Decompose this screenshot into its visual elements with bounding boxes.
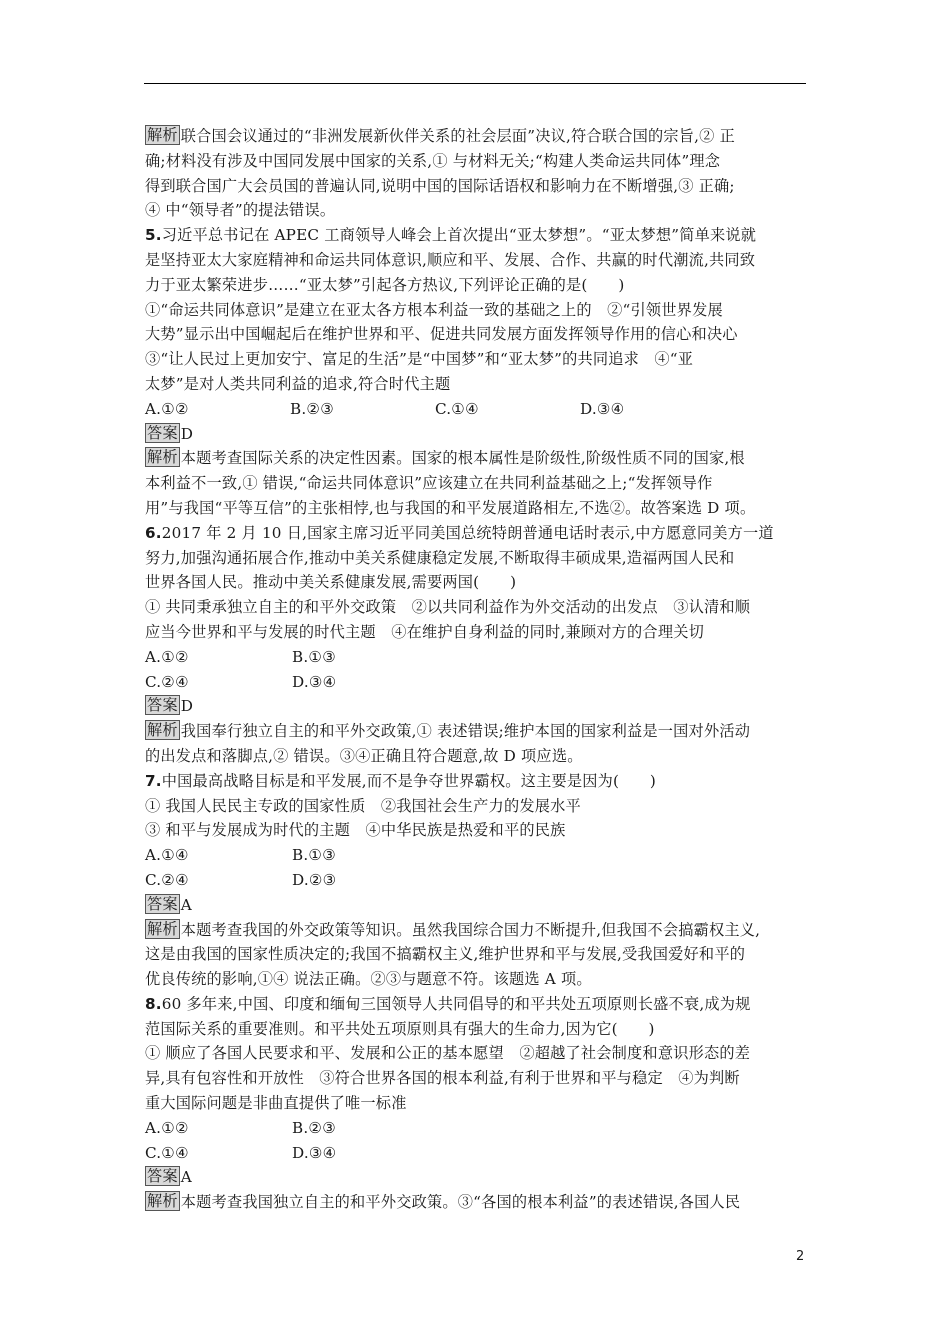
question-stem: 中国最高战略目标是和平发展,而不是争夺世界霸权。这主要是因为( ) (162, 772, 656, 790)
question-stem: 60 多年来,中国、印度和缅甸三国领导人共同倡导的和平共处五项原则长盛不衰,成为… (162, 995, 751, 1013)
analysis-text: 的出发点和落脚点,② 错误。③④正确且符合题意,故 D 项应选。 (145, 744, 807, 769)
answer-value: A (181, 896, 192, 914)
option-c: C.①④ (145, 1141, 292, 1166)
question-7: 7.中国最高战略目标是和平发展,而不是争夺世界霸权。这主要是因为( ) ① 我国… (145, 769, 807, 992)
analysis-text: 用”与我国“平等互信”的主张相悖,也与我国的和平发展道路相左,不选②。故答案选 … (145, 496, 807, 521)
answer-label: 答案 (145, 1166, 180, 1186)
question-5: 5.习近平总书记在 APEC 工商领导人峰会上首次提出“亚太梦想”。“亚太梦想”… (145, 223, 807, 521)
analysis-text: 本题考查我国独立自主的和平外交政策。③“各国的根本利益”的表述错误,各国人民 (181, 1193, 741, 1211)
option-b: B.①③ (292, 843, 439, 868)
question-number: 5. (145, 226, 162, 244)
analysis-label: 解析 (145, 720, 180, 740)
options-row: A.①④ B.①③ (145, 843, 807, 868)
question-statement: ③“让人民过上更加安宁、富足的生活”是“中国梦”和“亚太梦”的共同追求 ④“亚 (145, 347, 807, 372)
option-b: B.②③ (292, 1116, 439, 1141)
analysis-text: 联合国会议通过的“非洲发展新伙伴关系的社会层面”决议,符合联合国的宗旨,② 正 (181, 127, 735, 145)
header-rule (144, 83, 806, 84)
page-content: 解析联合国会议通过的“非洲发展新伙伴关系的社会层面”决议,符合联合国的宗旨,② … (145, 124, 807, 1215)
option-d: D.③④ (292, 670, 439, 695)
answer-label: 答案 (145, 894, 180, 914)
question-statement: 大势”显示出中国崛起后在维护世界和平、促进共同发展方面发挥领导作用的信心和决心 (145, 322, 807, 347)
question-number: 6. (145, 524, 162, 542)
analysis-label: 解析 (145, 1191, 180, 1211)
options-row: A.①② B.①③ (145, 645, 807, 670)
options-row: C.②④ D.②③ (145, 868, 807, 893)
question-statement: ① 顺应了各国人民要求和平、发展和公正的基本愿望 ②超越了社会制度和意识形态的差 (145, 1041, 807, 1066)
options-row: C.①④ D.③④ (145, 1141, 807, 1166)
analysis-label: 解析 (145, 125, 180, 145)
answer-label: 答案 (145, 423, 180, 443)
question-statement: ① 共同秉承独立自主的和平外交政策 ②以共同利益作为外交活动的出发点 ③认清和顺 (145, 595, 807, 620)
option-b: B.②③ (290, 397, 435, 422)
option-a: A.①② (145, 397, 290, 422)
option-d: D.②③ (292, 868, 439, 893)
analysis-text: 本利益不一致,① 错误,“命运共同体意识”应该建立在共同利益基础之上;“发挥领导… (145, 471, 807, 496)
question-statement: 异,具有包容性和开放性 ③符合世界各国的根本利益,有利于世界和平与稳定 ④为判断 (145, 1066, 807, 1091)
question-number: 7. (145, 772, 162, 790)
question-6: 6.2017 年 2 月 10 日,国家主席习近平同美国总统特朗普通电话时表示,… (145, 521, 807, 769)
analysis-text: 本题考查国际关系的决定性因素。国家的根本属性是阶级性,阶级性质不同的国家,根 (181, 449, 745, 467)
option-d: D.③④ (292, 1141, 439, 1166)
analysis-text: 优良传统的影响,①④ 说法正确。②③与题意不符。该题选 A 项。 (145, 967, 807, 992)
question-8: 8.60 多年来,中国、印度和缅甸三国领导人共同倡导的和平共处五项原则长盛不衰,… (145, 992, 807, 1215)
question-stem: 范国际关系的重要准则。和平共处五项原则具有强大的生命力,因为它( ) (145, 1017, 807, 1042)
answer-value: D (181, 425, 193, 443)
question-statement: 重大国际问题是非曲直提供了唯一标准 (145, 1091, 807, 1116)
option-c: C.②④ (145, 670, 292, 695)
analysis-text: 本题考查我国的外交政策等知识。虽然我国综合国力不断提升,但我国不会搞霸权主义, (181, 921, 760, 939)
option-a: A.①② (145, 1116, 292, 1141)
analysis-label: 解析 (145, 447, 180, 467)
page-number: 2 (796, 1249, 804, 1264)
answer-value: D (181, 697, 193, 715)
options-row: A.①② B.②③ (145, 1116, 807, 1141)
question-stem: 习近平总书记在 APEC 工商领导人峰会上首次提出“亚太梦想”。“亚太梦想”简单… (162, 226, 756, 244)
option-a: A.①② (145, 645, 292, 670)
question-statement: 太梦”是对人类共同利益的追求,符合时代主题 (145, 372, 807, 397)
question-statement: 应当今世界和平与发展的时代主题 ④在维护自身利益的同时,兼顾对方的合理关切 (145, 620, 807, 645)
question-statement: ③ 和平与发展成为时代的主题 ④中华民族是热爱和平的民族 (145, 818, 807, 843)
answer-value: A (181, 1168, 192, 1186)
question-statement: ①“命运共同体意识”是建立在亚太各方根本利益一致的基础之上的 ②“引领世界发展 (145, 298, 807, 323)
option-a: A.①④ (145, 843, 292, 868)
analysis-text: ④ 中“领导者”的提法错误。 (145, 198, 807, 223)
question-stem: 2017 年 2 月 10 日,国家主席习近平同美国总统特朗普通电话时表示,中方… (162, 524, 774, 542)
option-c: C.①④ (435, 397, 580, 422)
analysis-text: 这是由我国的国家性质决定的;我国不搞霸权主义,维护世界和平与发展,受我国爱好和平… (145, 942, 807, 967)
question-stem: 世界各国人民。推动中美关系健康发展,需要两国( ) (145, 570, 807, 595)
option-d: D.③④ (580, 397, 725, 422)
option-b: B.①③ (292, 645, 439, 670)
question-number: 8. (145, 995, 162, 1013)
analysis-label: 解析 (145, 919, 180, 939)
question-statement: ① 我国人民民主专政的国家性质 ②我国社会生产力的发展水平 (145, 794, 807, 819)
answer-label: 答案 (145, 695, 180, 715)
question-stem: 力于亚太繁荣进步……“亚太梦”引起各方热议,下列评论正确的是( ) (145, 273, 807, 298)
question-stem: 努力,加强沟通拓展合作,推动中美关系健康稳定发展,不断取得丰硕成果,造福两国人民… (145, 546, 807, 571)
analysis-text: 确;材料没有涉及中国同发展中国家的关系,① 与材料无关;“构建人类命运共同体”理… (145, 149, 807, 174)
analysis-text: 我国奉行独立自主的和平外交政策,① 表述错误;维护本国的国家利益是一国对外活动 (181, 722, 750, 740)
question-stem: 是坚持亚太大家庭精神和命运共同体意识,顺应和平、发展、合作、共赢的时代潮流,共同… (145, 248, 807, 273)
options-row: C.②④ D.③④ (145, 670, 807, 695)
analysis-text: 得到联合国广大会员国的普遍认同,说明中国的国际话语权和影响力在不断增强,③ 正确… (145, 174, 807, 199)
option-c: C.②④ (145, 868, 292, 893)
options-row: A.①② B.②③ C.①④ D.③④ (145, 397, 807, 422)
prev-analysis: 解析联合国会议通过的“非洲发展新伙伴关系的社会层面”决议,符合联合国的宗旨,② … (145, 124, 807, 223)
